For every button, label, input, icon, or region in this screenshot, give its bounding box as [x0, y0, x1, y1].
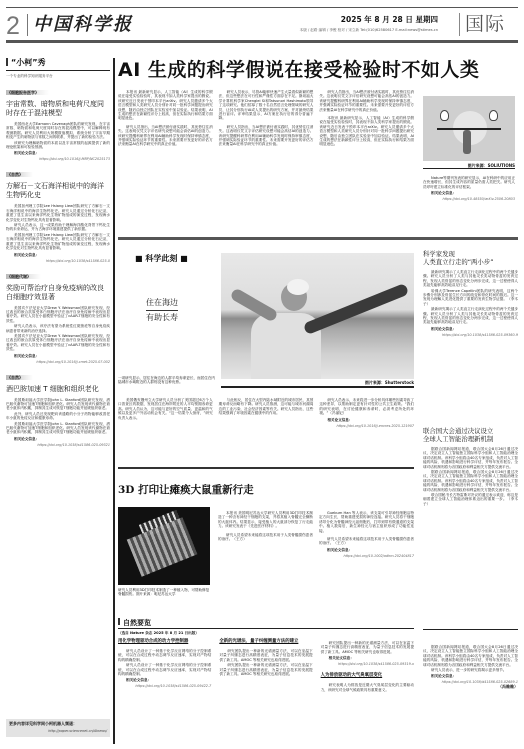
source-label: 相关论文信息：	[14, 151, 110, 156]
implant-body	[127, 517, 198, 577]
story-body: 最新研究揭示了人类直立行走演化过程中的两个关键步骤。研究人员分析了人类与其他灵长…	[423, 307, 518, 325]
digest-item: 研究团队提出一种新的光谱测量方法，可以在室温下对量子纠缠态进行高精度表征，为量子…	[321, 637, 414, 692]
science-moment-body: 美国俄亥俄州立大学研究人员分析了美国超过6万个人口普查区的数据，发现居住在海岸附…	[118, 394, 414, 428]
lead-headline: AI 生成的科学假说在接受检验时不如人类	[118, 58, 479, 82]
subtitle-line-1: 住在海边	[146, 296, 178, 311]
digest-item-body: 研究表明人为排放是近期大气臭氧层变化的主要驱动力，该研究对全球气候政策具有重要意…	[321, 683, 414, 692]
column-title: “小柯”秀	[11, 58, 46, 67]
masthead-divider	[27, 14, 28, 36]
column-header: “小柯”秀	[6, 58, 110, 71]
journal-tag: 《自然》	[6, 172, 33, 177]
journal-tag: 《自然》	[6, 375, 33, 380]
brief-title: 酒巴胺加速 T 细胞和组织老化	[6, 385, 110, 394]
digest-item-body: 研究人员设计了一种基于化学反应网络的分子控制系统，可以在合成过程中动态调节反应速…	[118, 663, 211, 676]
brief-article: 《细胞报告医学》 宇宙常数、暗物质和电荷尺度同时存在于混沌模型 美国西北大学Ea…	[6, 79, 110, 161]
science-moment-intro: 一项研究显示，居住在海边的人群平均寿命更长，而居住在内陆城市水域附近的人群则没有…	[118, 376, 216, 385]
source-label: 相关论文信息：	[14, 437, 110, 442]
digest-item-body: 研究团队提出一种新的光谱测量方法，可以在室温下对量子纠缠态进行高精度表征，为量子…	[321, 641, 414, 654]
doi-link[interactable]: https://doi.org/10.1016/j.envres.2025.12…	[319, 424, 414, 428]
header-bar	[118, 618, 120, 625]
story-3d-col-1b: 研究人员希望未来能将这项技术用于人类脊髓损伤患者的治疗。（王方）	[218, 533, 313, 542]
brief-body: 此外，研究人员还发现靶向该通路的小分子药物能够改善老年小鼠的免疫反应和健康寿命。	[6, 412, 110, 421]
lead-story-body: 本报讯 最新研究显示，人工智能（AI）生成的科学假说在接受实验检验时，其表现不如…	[118, 86, 414, 236]
photo-arm	[229, 287, 278, 322]
digest-subtitle: （选自 Nature 杂志 2025 年 8 月 21 日出版）	[118, 631, 414, 636]
brief-body: 美国加州理工学院Lee Hsiang Liew团队研究了方解石－文石海洋相说中的…	[6, 204, 110, 222]
brief-body: 研究人员表示，这一成果有助于理解海洋酸化背景下钙化生物的未来命运，并为古海洋环境…	[6, 223, 110, 232]
story-body: 联合国秘书长古特雷斯对决议的通过表示欢迎，称这是朝着建立全球人工智能治理体系迈出…	[423, 493, 518, 506]
lead-col-2: 研究人员表示，尽管AI能够快速产生大量看似新颖的想法，但这些想法在可行性和严谨性…	[219, 90, 314, 121]
section-rule	[118, 467, 414, 469]
doi-link[interactable]: https://doi.org/10.1038/s41586-025-09360…	[423, 333, 518, 337]
sm-col-2: 与此相反，居住在大型内陆水域附近的城市居民，其预期寿命反而略有下降。研究人员推测…	[219, 398, 314, 416]
left-column: “小柯”秀 一个专业的科学知识服务平台 《细胞报告医学》 宇宙常数、暗物质和电荷…	[6, 58, 110, 447]
story-3d-col-1: 本报讯 美国明尼苏达大学研究人员利用3D打印技术制造了一种含有神经干细胞的支架，…	[218, 511, 313, 529]
brief-body: 美国宾夕法尼亚大学Drew Y. Weissman团队研究发现，经过改良的嵌合抗…	[6, 334, 110, 352]
lead-side-text: Nature等期刊发表的研究显示，AI在科研中的应用正在快速增长，但其生成内容的…	[423, 172, 515, 201]
figure-rule	[423, 168, 515, 169]
doi-link[interactable]: https://doi.org/10.1002/adhm.202404817	[319, 554, 414, 558]
right-story-continued: 据联合国新闻网站报道，联合国大会8月26日通过决议，决定设立人工智能独立国际科学…	[423, 641, 518, 690]
hand-icon	[463, 130, 471, 154]
editors-line: 本版 / 赵路 编辑 / 李俊 校对 / 宋立新 Tel:(010)625806…	[300, 28, 438, 33]
digest-item-title: 全新的光谱法、量子纠缠测量方法的建立	[219, 639, 312, 645]
digest-item: 全新的光谱法、量子纠缠测量方法的建立 研究团队提出一种新的光谱测量方法，可以在室…	[219, 637, 312, 692]
story-body: 哈佛大学Terence Capellini团队的研究表明，这两个步骤分别涉及骨盆…	[423, 289, 518, 307]
lead-col-3: 研究人员指出，当AI想法被付诸实践时，其优势往往消失。这表明仅凭文字评估研究设想…	[319, 90, 414, 112]
digest-title: 自然要览	[118, 618, 414, 629]
promo-box: 更多内容详见科学网小柯机器人频道： http://paper.sciencene…	[6, 719, 110, 737]
photo-arm	[303, 283, 409, 335]
brief-title: 宇宙常数、暗物质和电荷尺度同时存在于混沌模型	[6, 100, 110, 118]
implant-caption: 研究人员利用3D打印技术制造了一种植入物，可帮助修复脊髓损伤。图片来源：明尼苏达…	[118, 588, 212, 597]
story-3d-col-2: Guebum Han 等人表示，该支架可引导神经细胞沿特定方向生长，帮助重建受损…	[319, 511, 414, 533]
digest-item-title: 用化学物理驱动合成的动力学控制器	[118, 639, 211, 645]
digest-item-body: 研究人员设计了一种基于化学反应网络的分子控制系统，可以在合成过程中动态调节反应速…	[118, 649, 211, 662]
digest-item-body: 研究团队提出一种新的光谱测量方法，可以在室温下对量子纠缠态进行高精度表征，为量子…	[219, 663, 312, 676]
sm-col-1: 美国俄亥俄州立大学研究人员分析了美国超过6万个人口普查区的数据，发现居住在海岸附…	[118, 398, 213, 420]
source-label: 相关论文信息：	[329, 656, 414, 661]
source-label: 相关论文信息：	[14, 354, 110, 359]
story-3d-col-2b: 研究人员希望未来能将这项技术用于人类脊髓损伤患者的治疗。（王方）	[319, 537, 414, 546]
nature-digest-header: 自然要览 （选自 Nature 杂志 2025 年 8 月 21 日出版）	[118, 618, 414, 636]
story-title: 全球人工智能治理新机制	[423, 435, 518, 443]
column-rule	[113, 58, 115, 744]
brief-body: 美国斯坦福大学医学院John L. Stanford团队研究发现，酒巴胺代谢物可…	[6, 398, 110, 411]
source-label: 相关论文信息：	[126, 678, 211, 683]
side-body: Nature等期刊发表的研究显示，AI在科研中的应用正在快速增长，但其生成内容的…	[423, 176, 515, 189]
right-story-bipedal: 科学家发现 人类直立行走的“两小步” 最新研究揭示了人类直立行走演化过程中的两个…	[423, 250, 518, 337]
story-body: 最新研究揭示了人类直立行走演化过程中的两个关键步骤。研究人员分析了人类与其他灵长…	[423, 270, 518, 288]
doi-link[interactable]: https://doi.org/10.1038/s41586-025-09321	[6, 443, 110, 447]
nature-digest-body: 用化学物理驱动合成的动力学控制器 研究人员设计了一种基于化学反应网络的分子控制系…	[118, 637, 414, 692]
photo-hair	[287, 279, 309, 295]
brief-title: 方解石－文石海洋相说中的海洋生物钙化史	[6, 182, 110, 200]
story-title: 人类直立行走的“两小步”	[423, 258, 518, 266]
digest-item-body: 研究团队提出一种新的光谱测量方法，可以在室温下对量子纠缠态进行高精度表征，为量子…	[219, 649, 312, 662]
lightbulb-icon	[440, 110, 449, 121]
story-body: 研究人员表示，进一步的研究将揭示更多细节。	[423, 668, 518, 672]
journal-tag: 《细胞代谢》	[6, 274, 41, 279]
issue-date: 2025 年 8 月 28 日 星期四	[341, 15, 438, 24]
story-body: 据联合国新闻网站报道，联合国大会8月26日通过决议，决定设立人工智能独立国际科学…	[423, 470, 518, 492]
lead-col-2b: 研究人员指出，当AI想法被付诸实践时，其优势往往消失。这表明仅凭文字评估研究设想…	[219, 125, 314, 147]
brief-body: 美国西北大学Eamonn Cavenagh团队的研究发现，在宇宙常数、暗物质和电…	[6, 122, 110, 140]
story-title: 科学家发现	[423, 250, 518, 258]
section-name: 国际	[465, 13, 505, 36]
newspaper-name: 中国科学报	[33, 14, 133, 36]
page-number: 2	[6, 13, 20, 39]
brief-article: 《自然》 酒巴胺加速 T 细胞和组织老化 美国斯坦福大学医学院John L. S…	[6, 364, 110, 447]
promo-text: 更多内容详见科学网小柯机器人频道：	[9, 721, 107, 727]
story-3d-body: 本报讯 美国明尼苏达大学研究人员利用3D打印技术制造了一种含有神经干细胞的支架，…	[218, 507, 414, 558]
story-title: 联合国大会通过决议设立	[423, 427, 518, 435]
sm-col-3: 研究人员表示，未来将进一步分析具体哪些因素导致了这种差异，以帮助制定更有针对性的…	[319, 398, 414, 416]
science-moment-kicker: ■ 科学此刻 ■	[135, 253, 188, 264]
story-body: 据联合国新闻网站报道，联合国大会8月26日通过决议，决定设立人工智能独立国际科学…	[423, 645, 518, 667]
story-3d-headline: 3D 打印让瘫痪大鼠重新行走	[118, 482, 254, 497]
digest-title-text: 自然要览	[123, 619, 151, 627]
lead-col-1b: 研究人员指出，当AI想法被付诸实践时，其优势往往消失。这表明仅凭文字评估研究设想…	[118, 125, 213, 147]
right-rule	[423, 629, 518, 630]
top-rule	[6, 7, 518, 8]
science-moment-subtitle: 住在海边 有助长寿	[146, 296, 178, 324]
brief-body: 美国宾夕法尼亚大学Drew Y. Weissman团队研究发现，经过改良的嵌合抗…	[6, 306, 110, 324]
doi-link[interactable]: https://doi.org/10.48550/arXiv.2506.2080…	[423, 197, 515, 201]
story-body: 据联合国新闻网站报道，联合国大会8月26日通过决议，决定设立人工智能独立国际科学…	[423, 447, 518, 469]
doi-link[interactable]: https://doi.org/10.1038/s41586-025-09319…	[321, 662, 414, 666]
brief-article: 《细胞代谢》 奖励可帮治疗自身免疫病的改良白细胞疗效显著 美国宾夕法尼亚大学Dr…	[6, 263, 110, 364]
digest-item-title: 人为排放驱动的大气臭氧层变化	[321, 673, 414, 679]
lightbulb-icon	[489, 110, 498, 121]
balance-illustration	[423, 96, 515, 161]
section-divider	[459, 13, 460, 36]
photo-rule	[221, 386, 414, 388]
lead-col-3b: 本报讯 最新研究显示，人工智能（AI）生成的科学假说在接受实验检验时，其表现不如…	[319, 116, 414, 147]
digest-item: 用化学物理驱动合成的动力学控制器 研究人员设计了一种基于化学反应网络的分子控制系…	[118, 637, 211, 692]
brief-body: 美国斯坦福大学医学院John L. Stanford团队研究发现，酒巴胺代谢物可…	[6, 422, 110, 435]
source-label: 相关论文信息：	[431, 327, 518, 332]
source-label: 相关论文信息：	[431, 674, 518, 679]
brief-title: 奖励可帮治疗自身免疫病的改良白细胞疗效显著	[6, 284, 110, 302]
section-rule	[118, 237, 518, 240]
masthead-rule	[6, 40, 518, 43]
source-label: 相关论文信息：	[327, 548, 414, 553]
source-label: 相关论文信息：	[327, 418, 414, 423]
journal-tag: 《细胞报告医学》	[6, 90, 49, 95]
lead-col-1: 本报讯 最新研究显示，人工智能（AI）生成的科学假说在接受实验检验时，其表现不如…	[118, 90, 213, 121]
brief-article: 《自然》 方解石－文石海洋相说中的海洋生物钙化史 美国加州理工学院Lee Hsi…	[6, 161, 110, 262]
doi-link[interactable]: https://doi.org/10.1038/s41586-025-09422…	[118, 684, 211, 688]
right-story-un-ai: 联合国大会通过决议设立 全球人工智能治理新机制 据联合国新闻网站报道，联合国大会…	[423, 427, 518, 506]
implant-photo	[118, 507, 210, 585]
header-bar	[6, 58, 8, 66]
seaside-photo	[221, 253, 414, 379]
brief-body: 该研究为理解暗物质的本质以及宇宙常数的起源提供了新的理论框架和可检验预测。	[6, 141, 110, 150]
promo-link[interactable]: http://paper.sciencenet.cn/AInews/	[9, 729, 107, 733]
subtitle-line-2: 有助长寿	[146, 311, 178, 324]
source-label: 相关论文信息：	[431, 191, 515, 196]
author-credit: （冯维维）	[423, 684, 518, 690]
brief-body: 研究人员表示，该疗法有望为系统性红斑狼疮等自身免疫疾病患者带来新的治疗选择。	[6, 324, 110, 333]
brief-body: 美国加州理工学院Lee Hsiang Liew团队研究了方解石－文石海洋相说中的…	[6, 233, 110, 251]
source-label: 相关论文信息：	[14, 253, 110, 258]
